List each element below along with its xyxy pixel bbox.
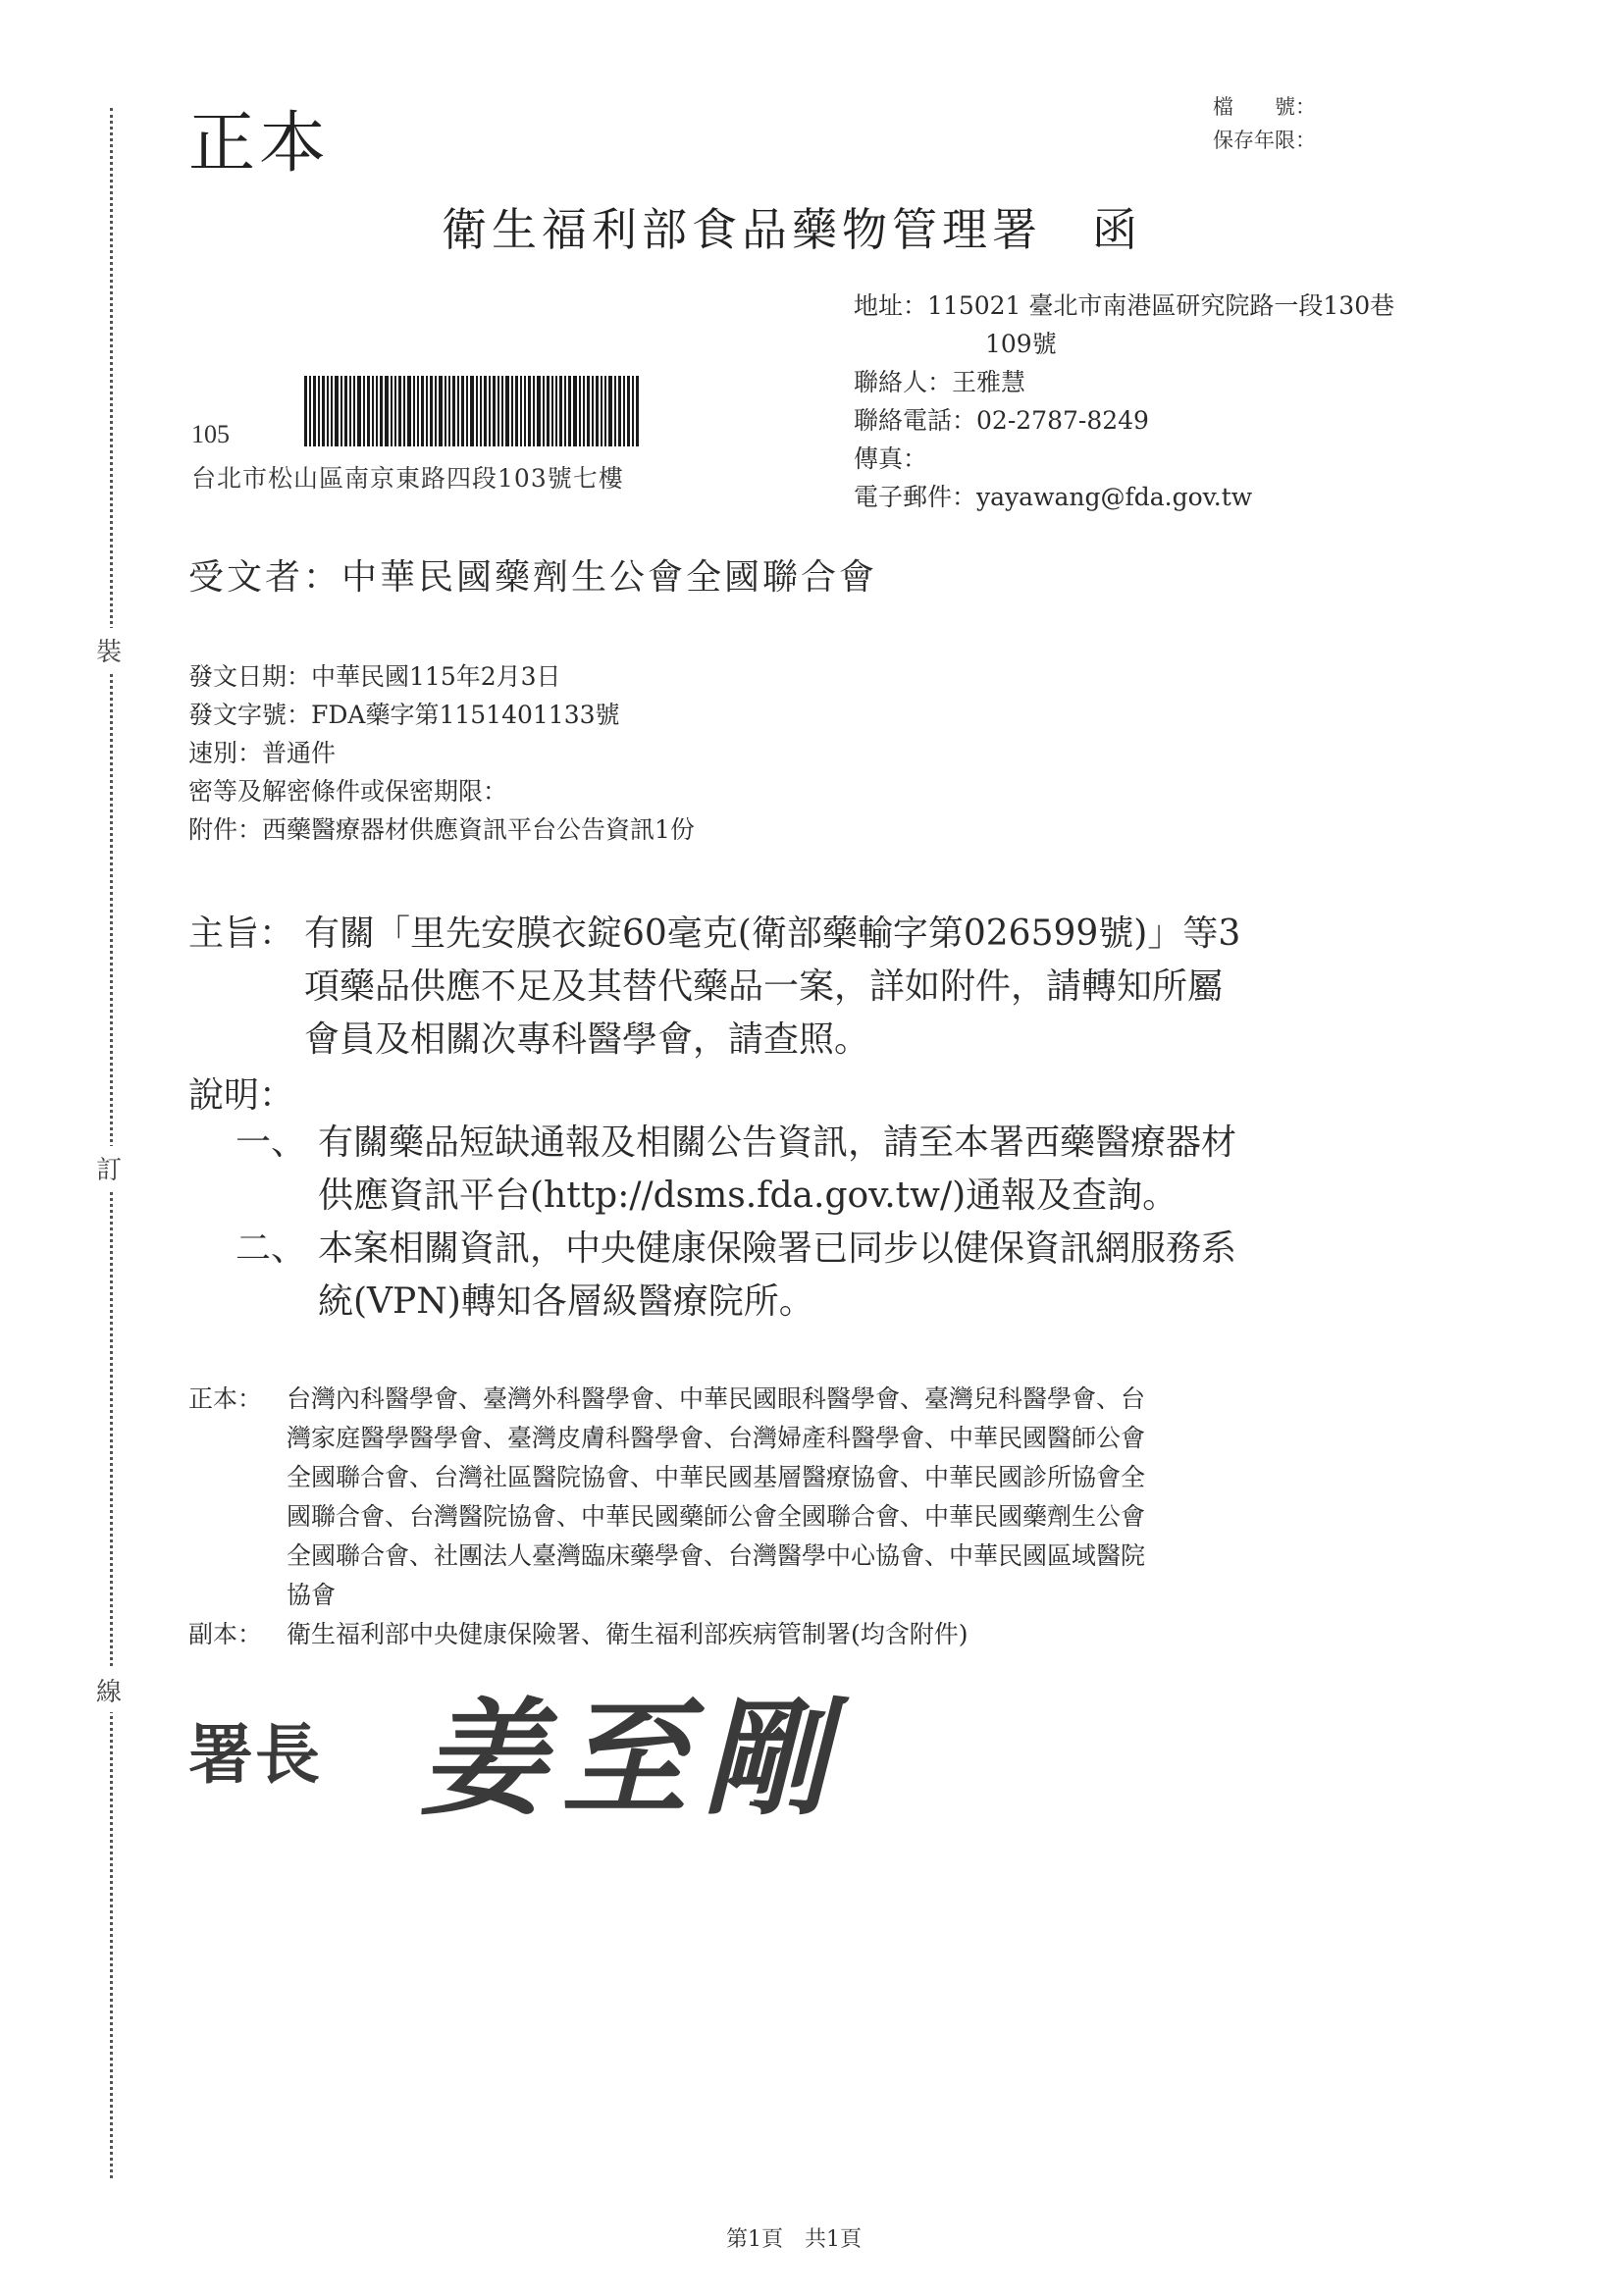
recipient-label: 受文者：	[188, 557, 341, 598]
speed-value: 普通件	[262, 739, 336, 767]
explanation-label: 說明：	[188, 1068, 294, 1118]
speed-row: 速別：普通件	[188, 734, 695, 772]
contact-label: 聯絡人：	[854, 368, 952, 396]
date-row: 發文日期：中華民國115年2月3日	[188, 657, 695, 696]
retention-label: 保存年限：	[1213, 124, 1316, 157]
phone-row: 聯絡電話：02-2787-8249	[854, 401, 1394, 440]
address-label: 地址：	[854, 291, 927, 320]
copy-recipients-label: 副本：	[188, 1615, 287, 1654]
original-line: 全國聯合會、社團法人臺灣臨床藥學會、台灣醫學中心協會、中華民國區域醫院	[188, 1537, 1484, 1576]
item-line-1: 本案相關資訊，中央健康保險署已同步以健保資訊網服務系	[318, 1228, 1236, 1269]
binding-line	[110, 108, 113, 2178]
explanation-item: 二、本案相關資訊，中央健康保險署已同步以健保資訊網服務系 統(VPN)轉知各層級…	[236, 1223, 1482, 1329]
doc-number-value: FDA藥字第1151401133號	[311, 701, 620, 729]
item-number: 一、	[236, 1117, 318, 1170]
phone-label: 聯絡電話：	[854, 406, 976, 435]
subject-line-3: 會員及相關次專科醫學會，請查照。	[188, 1014, 1484, 1067]
original-line: 協會	[188, 1576, 1484, 1615]
date-label: 發文日期：	[188, 662, 311, 691]
speed-label: 速別：	[188, 739, 262, 767]
file-number-label: 檔 號：	[1213, 90, 1316, 124]
doc-number-label: 發文字號：	[188, 701, 311, 729]
item-number: 二、	[236, 1223, 318, 1276]
document-title: 衛生福利部食品藥物管理署 函	[442, 194, 1142, 259]
item-line-2: 統(VPN)轉知各層級醫療院所。	[236, 1276, 1482, 1329]
secrecy-row: 密等及解密條件或保密期限：	[188, 772, 695, 810]
secrecy-label: 密等及解密條件或保密期限：	[188, 777, 507, 806]
original-recipients-label: 正本：	[188, 1380, 287, 1419]
email-row: 電子郵件：yayawang@fda.gov.tw	[854, 478, 1394, 516]
binding-mark-line: 線	[96, 1668, 122, 1712]
signature-title: 署長	[188, 1702, 322, 1796]
address-row: 地址：115021 臺北市南港區研究院路一段130巷	[854, 287, 1394, 325]
attachment-label: 附件：	[188, 815, 262, 844]
doc-number-row: 發文字號：FDA藥字第1151401133號	[188, 696, 695, 734]
recipient: 受文者：中華民國藥劑生公會全國聯合會	[188, 549, 877, 600]
subject: 主旨：有關「里先安膜衣錠60毫克(衛部藥輸字第026599號)」等3 項藥品供應…	[188, 908, 1484, 1067]
copy-recipients: 衛生福利部中央健康保險署、衛生福利部疾病管制署(均含附件)	[287, 1620, 969, 1648]
binding-mark-staple: 訂	[96, 1146, 122, 1190]
email-label: 電子郵件：	[854, 483, 976, 511]
original-line: 灣家庭醫學醫學會、臺灣皮膚科醫學會、台灣婦產科醫學會、中華民國醫師公會	[188, 1419, 1484, 1458]
attachment-value: 西藥醫療器材供應資訊平台公告資訊1份	[262, 815, 695, 844]
binding-mark-bind: 裝	[96, 628, 122, 672]
copy-mark: 正本	[188, 90, 330, 185]
date-value: 中華民國115年2月3日	[311, 662, 561, 691]
email-value: yayawang@fda.gov.tw	[976, 483, 1252, 511]
item-line-1: 有關藥品短缺通報及相關公告資訊，請至本署西藥醫療器材	[318, 1122, 1236, 1163]
explanation-item: 一、有關藥品短缺通報及相關公告資訊，請至本署西藥醫療器材 供應資訊平台(http…	[236, 1117, 1482, 1223]
contact-value: 王雅慧	[952, 368, 1025, 396]
original-line: 台灣內科醫學會、臺灣外科醫學會、中華民國眼科醫學會、臺灣兒科醫學會、台	[287, 1384, 1145, 1413]
address-line2: 109號	[854, 325, 1394, 363]
page-number: 第1頁 共1頁	[726, 2222, 862, 2253]
address-value: 115021 臺北市南港區研究院路一段130巷	[927, 291, 1394, 320]
document-meta: 發文日期：中華民國115年2月3日 發文字號：FDA藥字第1151401133號…	[188, 657, 695, 849]
original-line: 國聯合會、台灣醫院協會、中華民國藥師公會全國聯合會、中華民國藥劑生公會	[188, 1497, 1484, 1537]
fax-row: 傳真：	[854, 440, 1394, 478]
subject-label: 主旨：	[188, 908, 304, 961]
fax-label: 傳真：	[854, 444, 927, 473]
attachment-row: 附件：西藥醫療器材供應資訊平台公告資訊1份	[188, 810, 695, 849]
recipient-name: 中華民國藥劑生公會全國聯合會	[341, 557, 877, 598]
distribution: 正本：台灣內科醫學會、臺灣外科醫學會、中華民國眼科醫學會、臺灣兒科醫學會、台 灣…	[188, 1380, 1484, 1654]
item-line-2: 供應資訊平台(http://dsms.fda.gov.tw/)通報及查詢。	[236, 1170, 1482, 1223]
subject-line-1: 有關「里先安膜衣錠60毫克(衛部藥輸字第026599號)」等3	[304, 913, 1240, 954]
sender-info: 地址：115021 臺北市南港區研究院路一段130巷 109號 聯絡人：王雅慧 …	[854, 287, 1394, 516]
subject-line-2: 項藥品供應不足及其替代藥品一案，詳如附件，請轉知所屬	[188, 961, 1484, 1014]
mailing-address: 台北市松山區南京東路四段103號七樓	[191, 459, 624, 495]
original-line: 全國聯合會、台灣社區醫院協會、中華民國基層醫療協會、中華民國診所協會全	[188, 1458, 1484, 1497]
barcode	[304, 376, 682, 446]
mailing-zip: 105	[191, 420, 230, 449]
explanation-list: 一、有關藥品短缺通報及相關公告資訊，請至本署西藥醫療器材 供應資訊平台(http…	[236, 1117, 1482, 1329]
signature-name: 姜至剛	[420, 1658, 844, 1839]
phone-value: 02-2787-8249	[976, 406, 1149, 435]
file-info: 檔 號： 保存年限：	[1213, 90, 1316, 157]
contact-row: 聯絡人：王雅慧	[854, 363, 1394, 401]
